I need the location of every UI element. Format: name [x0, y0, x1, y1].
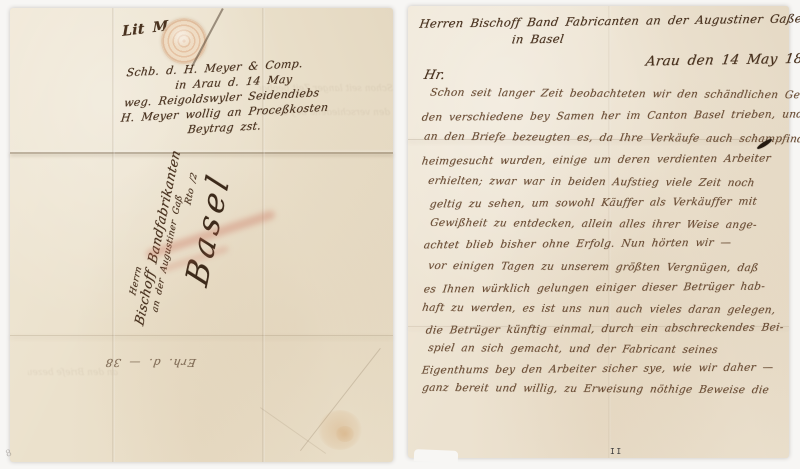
- docket-note: Schb. d. H. Meyer & Comp. in Arau d. 14 …: [126, 55, 330, 140]
- left-page-scan: Lit M Schb. d. H. Meyer & Comp. in Arau …: [10, 8, 393, 462]
- letter-body-line: ganz bereit und willig, zu Erweisung nöt…: [421, 382, 770, 396]
- letter-body-line: Schon seit langer Zeit beobachteten wir …: [429, 87, 800, 102]
- fold-crease-vertical: [112, 8, 115, 462]
- letter-body-line: die Betrüger künftig einmal, durch ein a…: [425, 321, 784, 336]
- letter-body-line: an den Briefe bezeugten es, da Ihre Verk…: [423, 131, 800, 146]
- letter-header-recipient: Herren Bischoff Band Fabricanten an der …: [419, 11, 800, 30]
- letter-body-line: Gewißheit zu entdecken, allein alles ihr…: [429, 217, 757, 231]
- letter-body-line: spiel an sich gemacht, und der Fabricant…: [427, 342, 718, 356]
- letter-body-line: heimgesucht wurden, einige um deren verd…: [421, 152, 772, 167]
- bleedthrough-text: an den Briefe bezeugten es, da Ihre Verk…: [28, 368, 118, 378]
- paper-tear: [414, 449, 458, 463]
- letter-body-line: vor einigen Tagen zu unserem größten Ver…: [427, 260, 759, 274]
- letter-body-line: achtet blieb bisher ohne Erfolg. Nun hör…: [423, 237, 732, 252]
- letter-scan: Lit M Schb. d. H. Meyer & Comp. in Arau …: [0, 0, 800, 469]
- bleedthrough-text: den verschiedene bey Samen her im Canton…: [255, 108, 390, 118]
- wax-seal-icon: [161, 18, 207, 64]
- letter-body-line: haft zu werden, es ist uns nun auch viel…: [421, 302, 776, 316]
- letter-dateline: Arau den 14 May 1802: [645, 50, 800, 69]
- reverse-receipt-note: Erh. d. — 38: [104, 356, 197, 369]
- page-number-mark: II: [610, 447, 623, 456]
- bleedthrough-text: Schon seit langer Zeit beobachteten wir …: [258, 84, 393, 94]
- right-page-scan: Herren Bischoff Band Fabricanten an der …: [408, 6, 789, 458]
- letter-body-line: geltig zu sehen, um sowohl Käuffer als V…: [429, 196, 758, 211]
- letter-salutation: Hr.: [422, 68, 446, 83]
- letter-body-line: es Ihnen würklich gelungen einiger diese…: [423, 281, 766, 296]
- letter-body-line: erhielten; zwar war in beiden Aufstieg v…: [427, 175, 755, 189]
- letter-header-city: in Basel: [511, 32, 565, 47]
- stain: [335, 426, 355, 442]
- letter-body-line: den verschiedene bey Samen her im Canton…: [421, 108, 800, 123]
- letter-body-line: Eigenthums bey den Arbeiter sicher sye, …: [421, 361, 774, 376]
